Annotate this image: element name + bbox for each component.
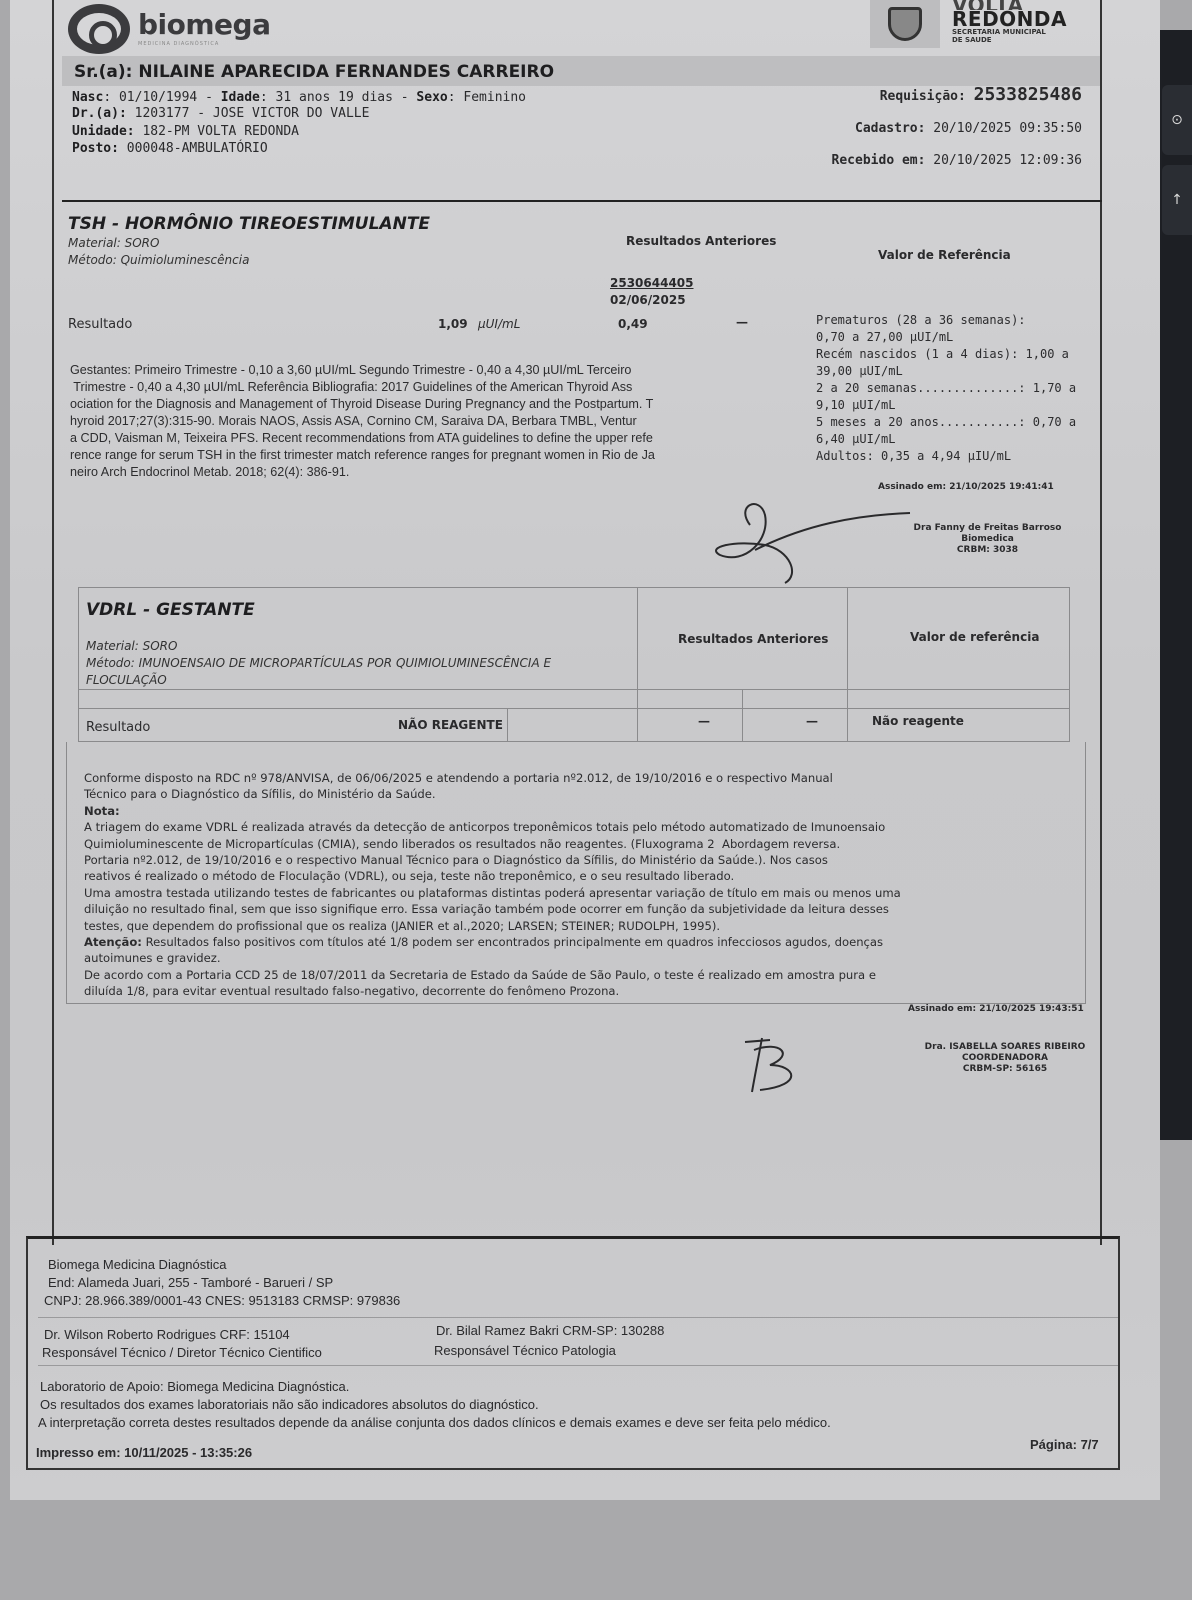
vdrl-metodo-2: FLOCULAÇÃO <box>86 672 167 689</box>
reference-line: 6,40 µUI/mL <box>816 431 1076 448</box>
recebido-label: Recebido em: <box>832 153 926 168</box>
tsh-notes: Gestantes: Primeiro Trimestre - 0,10 a 3… <box>70 362 655 481</box>
city-crest-icon <box>870 0 940 48</box>
tsh-reference-values: Prematuros (28 a 36 semanas):0,70 a 27,0… <box>816 312 1076 465</box>
vdrl-metodo-1: Método: IMUNOENSAIO DE MICROPARTÍCULAS P… <box>86 655 551 672</box>
tsh-signer-name: Dra Fanny de Freitas Barroso <box>900 523 1075 534</box>
vdrl-prev-header: Resultados Anteriores <box>678 632 828 646</box>
reference-line: 9,10 µUI/mL <box>816 397 1076 414</box>
notes-line: Gestantes: Primeiro Trimestre - 0,10 a 3… <box>70 362 655 379</box>
device-key-1: ⊙ <box>1162 85 1192 155</box>
report-footer: Biomega Medicina Diagnóstica End: Alamed… <box>26 1236 1120 1470</box>
posto-label: Posto: <box>72 141 119 156</box>
notes-line: Trimestre - 0,40 a 4,30 µUI/mL Referênci… <box>70 379 655 396</box>
requisicao-value: 2533825486 <box>974 84 1082 105</box>
requisicao-line: Requisição: 2533825486 <box>880 84 1082 105</box>
unidade-label: Unidade: <box>72 124 135 139</box>
doctor-line: Dr.(a): 1203177 - JOSE VICTOR DO VALLE <box>72 106 369 121</box>
notes-line: neiro Arch Endocrinol Metab. 2018; 62(4)… <box>70 464 655 481</box>
atencao-line: Atenção: Resultados falso positivos com … <box>84 934 901 950</box>
doctor-label: Dr.(a): <box>72 106 127 121</box>
nota-line: reativos é realizado o método de Flocula… <box>84 868 901 884</box>
footer-disclaimer-2: A interpretação correta destes resultado… <box>38 1413 831 1432</box>
nota-line: testes, que dependem do profissional que… <box>84 918 901 934</box>
footer-company: Biomega Medicina Diagnóstica <box>48 1255 226 1274</box>
footer-disclaimer-1: Os resultados dos exames laboratoriais n… <box>40 1395 539 1414</box>
footer-address: End: Alameda Juari, 255 - Tamboré - Baru… <box>48 1273 333 1292</box>
tsh-prev-date: 02/06/2025 <box>610 293 686 307</box>
nasc-value: 01/10/1994 <box>119 90 197 105</box>
tsh-result-label: Resultado <box>68 316 132 333</box>
footer-printed-at: Impresso em: 10/11/2025 - 13:35:26 <box>36 1443 252 1462</box>
atencao-line: diluída 1/8, para evitar eventual result… <box>84 983 901 999</box>
tsh-result-value: 1,09 <box>438 317 468 331</box>
vdrl-result-label: Resultado <box>86 719 150 736</box>
tsh-result-unit: µUI/mL <box>478 316 520 333</box>
tsh-signed-at: Assinado em: 21/10/2025 19:41:41 <box>878 482 1054 492</box>
vdrl-signer-role: COORDENADORA <box>920 1053 1090 1064</box>
vdrl-result-value: NÃO REAGENTE <box>398 718 503 732</box>
reference-line: 0,70 a 27,00 µUI/mL <box>816 329 1076 346</box>
patient-prefix: Sr.(a): <box>74 62 132 82</box>
vdrl-signer: Dra. ISABELLA SOARES RIBEIRO COORDENADOR… <box>920 1042 1090 1075</box>
footer-support-lab: Laboratorio de Apoio: Biomega Medicina D… <box>40 1377 349 1396</box>
biomega-logo: biomega MEDICINA DIAGNÓSTICA <box>68 4 270 54</box>
patient-name-value: NILAINE APARECIDA FERNANDES CARREIRO <box>138 62 554 82</box>
footer-resp2-role: Responsável Técnico Patologia <box>434 1341 616 1360</box>
nota-line: Quimioluminescente de Micropartículas (C… <box>84 836 901 852</box>
vdrl-material: Material: SORO <box>86 638 177 655</box>
conforme-line: Técnico para o Diagnóstico da Sífilis, d… <box>84 786 901 802</box>
tsh-material: Material: SORO <box>68 235 159 252</box>
vdrl-prev-value-2: — <box>806 714 818 728</box>
reference-line: Prematuros (28 a 36 semanas): <box>816 312 1076 329</box>
notes-line: hyroid 2017;27(3):315-90. Morais NAOS, A… <box>70 413 655 430</box>
unidade-value: 182-PM VOLTA REDONDA <box>142 124 299 139</box>
logo-tagline: MEDICINA DIAGNÓSTICA <box>138 41 270 47</box>
footer-resp1-role: Responsável Técnico / Diretor Técnico Ci… <box>42 1343 322 1362</box>
reference-line: 39,00 µUI/mL <box>816 363 1076 380</box>
tsh-metodo: Método: Quimioluminescência <box>68 252 249 269</box>
vdrl-signed-at: Assinado em: 21/10/2025 19:43:51 <box>908 1004 1084 1014</box>
patient-name: Sr.(a): NILAINE APARECIDA FERNANDES CARR… <box>74 62 554 82</box>
recebido-line: Recebido em: 20/10/2025 12:09:36 <box>832 153 1082 168</box>
reference-line: Adultos: 0,35 a 4,94 µIU/mL <box>816 448 1076 465</box>
cadastro-label: Cadastro: <box>855 121 925 136</box>
vdrl-signer-name: Dra. ISABELLA SOARES RIBEIRO <box>920 1042 1090 1053</box>
cadastro-value: 20/10/2025 09:35:50 <box>933 121 1082 136</box>
reference-line: 2 a 20 semanas..............: 1,70 a <box>816 380 1076 397</box>
city-name-line2: REDONDA <box>952 10 1067 28</box>
header-divider <box>62 200 1102 202</box>
tsh-prev-value-2: — <box>736 315 748 329</box>
atencao-line: De acordo com a Portaria CCD 25 de 18/07… <box>84 967 901 983</box>
notes-line: ociation for the Diagnosis and Managemen… <box>70 396 655 413</box>
nota-line: A triagem do exame VDRL é realizada atra… <box>84 819 901 835</box>
vdrl-notes: Conforme disposto na RDC nº 978/ANVISA, … <box>84 770 901 1000</box>
tsh-signer-role: Biomedica <box>900 534 1075 545</box>
atencao-line: autoimunes e gravidez. <box>84 950 901 966</box>
footer-resp1-name: Dr. Wilson Roberto Rodrigues CRF: 15104 <box>44 1325 290 1344</box>
vdrl-signer-reg: CRBM-SP: 56165 <box>920 1064 1090 1075</box>
tsh-title: TSH - HORMÔNIO TIREOESTIMULANTE <box>68 214 430 234</box>
doctor-value: 1203177 - JOSE VICTOR DO VALLE <box>135 106 370 121</box>
sexo-label: Sexo <box>416 90 447 105</box>
signature-1-icon <box>705 495 915 590</box>
circle-underline-icon: ⊙ <box>1171 112 1183 128</box>
city-logo: VOLTA REDONDA SECRETARIA MUNICIPAL DE SA… <box>952 0 1067 44</box>
biomega-logo-icon <box>68 4 130 54</box>
footer-resp2-name: Dr. Bilal Ramez Bakri CRM-SP: 130288 <box>436 1321 664 1340</box>
tsh-prev-header: Resultados Anteriores <box>626 234 776 248</box>
footer-ids: CNPJ: 28.966.389/0001-43 CNES: 9513183 C… <box>44 1291 400 1310</box>
reference-line: Recém nascidos (1 a 4 dias): 1,00 a <box>816 346 1076 363</box>
nota-line: Uma amostra testada utilizando testes de… <box>84 885 901 901</box>
requisicao-label: Requisição: <box>880 89 966 104</box>
recebido-value: 20/10/2025 12:09:36 <box>933 153 1082 168</box>
device-key-2: ↑ <box>1162 165 1192 235</box>
atencao-text: Resultados falso positivos com títulos a… <box>142 935 883 949</box>
notes-line: a CDD, Vaisman M, Teixeira PFS. Recent r… <box>70 430 655 447</box>
vdrl-ref-header: Valor de referência <box>910 630 1039 644</box>
tsh-ref-header: Valor de Referência <box>878 248 1011 262</box>
vdrl-ref-value: Não reagente <box>872 714 964 728</box>
nota-label: Nota: <box>84 803 901 819</box>
nota-line: Portaria nº2.012, de 19/10/2016 e o resp… <box>84 852 901 868</box>
tsh-prev-req: 2530644405 <box>610 276 694 290</box>
arrow-up-icon: ↑ <box>1171 192 1183 208</box>
conforme-line: Conforme disposto na RDC nº 978/ANVISA, … <box>84 770 901 786</box>
vdrl-prev-value-1: — <box>698 714 710 728</box>
nota-line: diluição no resultado final, sem que iss… <box>84 901 901 917</box>
idade-value: 31 anos 19 dias <box>276 90 393 105</box>
posto-line: Posto: 000048-AMBULATÓRIO <box>72 141 268 156</box>
idade-label: Idade <box>221 90 260 105</box>
city-dept-line2: DE SAUDE <box>952 36 1067 44</box>
patient-demographics: Nasc: 01/10/1994 - Idade: 31 anos 19 dia… <box>72 90 526 105</box>
notes-line: rence range for serum TSH in the first t… <box>70 447 655 464</box>
footer-page: Página: 7/7 <box>1030 1435 1099 1454</box>
logo-text: biomega <box>138 11 270 39</box>
unidade-line: Unidade: 182-PM VOLTA REDONDA <box>72 124 299 139</box>
tsh-prev-value: 0,49 <box>618 317 648 331</box>
nasc-label: Nasc <box>72 90 103 105</box>
sexo-value: Feminino <box>463 90 526 105</box>
signature-2-icon <box>740 1030 820 1100</box>
reference-line: 5 meses a 20 anos...........: 0,70 a <box>816 414 1076 431</box>
cadastro-line: Cadastro: 20/10/2025 09:35:50 <box>855 121 1082 136</box>
tsh-signer: Dra Fanny de Freitas Barroso Biomedica C… <box>900 523 1075 556</box>
tsh-signer-reg: CRBM: 3038 <box>900 545 1075 556</box>
atencao-label: Atenção: <box>84 935 142 949</box>
posto-value: 000048-AMBULATÓRIO <box>127 141 268 156</box>
vdrl-title: VDRL - GESTANTE <box>86 600 255 620</box>
